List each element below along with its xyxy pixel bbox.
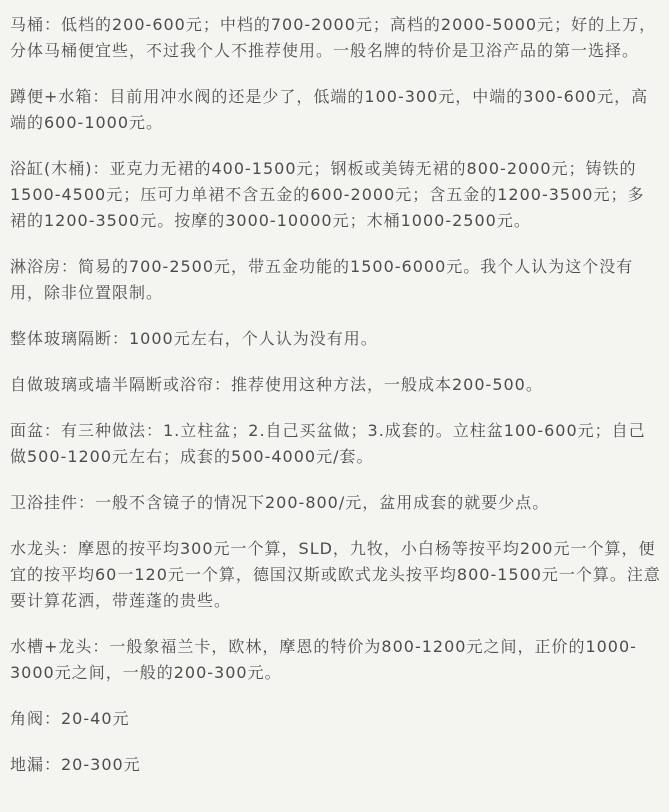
paragraph-squat-toilet-tank: 蹲便+水箱：目前用冲水阀的还是少了，低端的100-300元，中端的300-600…	[10, 84, 661, 136]
paragraph-bathtub: 浴缸(木桶)：亚克力无裙的400-1500元；钢板或美铸无裙的800-2000元…	[10, 156, 661, 234]
paragraph-glass-partition: 整体玻璃隔断：1000元左右，个人认为没有用。	[10, 326, 661, 352]
paragraph-diy-partition-curtain: 自做玻璃或墙半隔断或浴帘：推荐使用这种方法，一般成本200-500。	[10, 372, 661, 398]
paragraph-toilet: 马桶：低档的200-600元；中档的700-2000元；高档的2000-5000…	[10, 12, 661, 64]
paragraph-bathroom-accessories: 卫浴挂件：一般不含镜子的情况下200-800/元，盆用成套的就要少点。	[10, 490, 661, 516]
paragraph-floor-drain: 地漏：20-300元	[10, 752, 661, 778]
paragraph-shower-room: 淋浴房：简易的700-2500元，带五金功能的1500-6000元。我个人认为这…	[10, 254, 661, 306]
paragraph-angle-valve: 角阀：20-40元	[10, 706, 661, 732]
paragraph-basin: 面盆：有三种做法：1.立柱盆；2.自己买盆做；3.成套的。立柱盆100-600元…	[10, 418, 661, 470]
paragraph-faucet: 水龙头：摩恩的按平均300元一个算，SLD，九牧，小白杨等按平均200元一个算，…	[10, 536, 661, 614]
price-guide-document: 马桶：低档的200-600元；中档的700-2000元；高档的2000-5000…	[0, 0, 669, 812]
paragraph-sink-faucet: 水槽+龙头：一般象福兰卡，欧林，摩恩的特价为800-1200元之间，正价的100…	[10, 634, 661, 686]
